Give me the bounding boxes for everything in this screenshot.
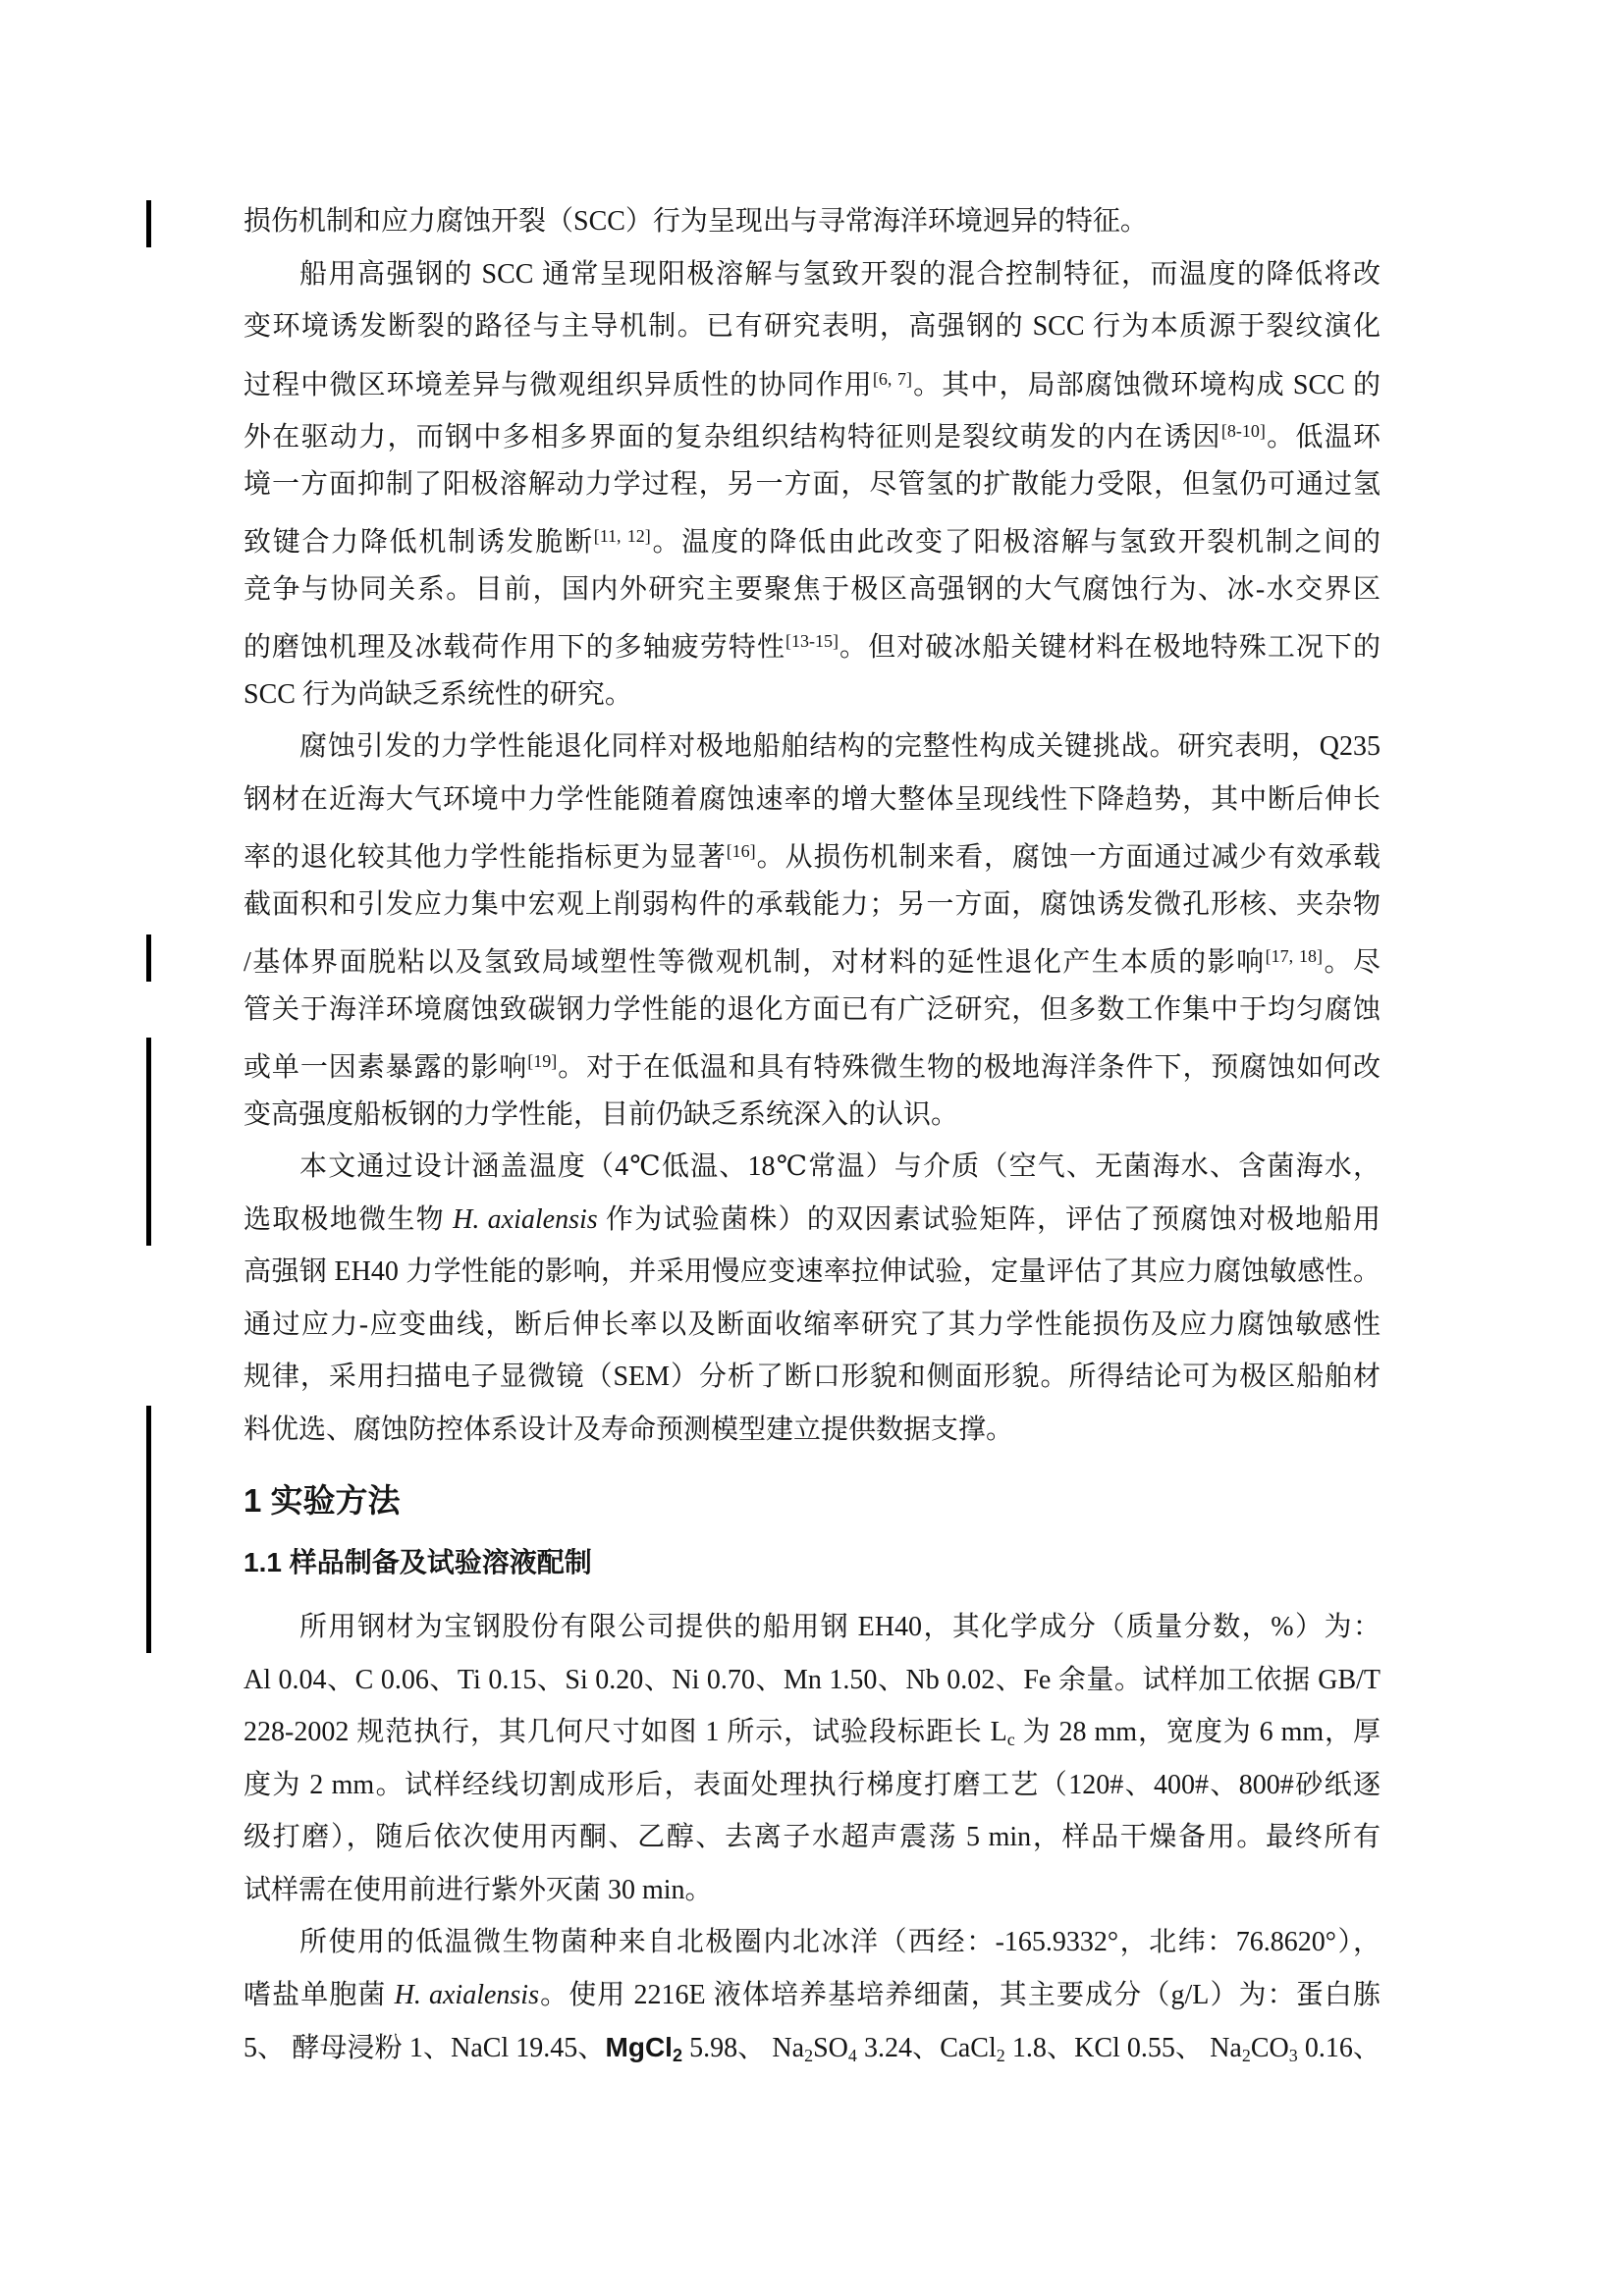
text-segment: 4	[848, 2046, 857, 2065]
revision-bar	[146, 1038, 151, 1246]
text-line: 腐蚀引发的力学性能退化同样对极地船舶结构的完整性构成关键挑战。研究表明，Q235	[244, 721, 1380, 774]
text-segment: 料优选、腐蚀防控体系设计及寿命预测模型建立提供数据支撑。	[244, 1415, 1013, 1445]
text-segment: SCC 行为尚缺乏系统性的研究。	[244, 679, 632, 710]
text-line: 选取极地微生物 H. axialensis 作为试验菌株）的双因素试验矩阵，评估…	[244, 1194, 1380, 1247]
text-segment: 3	[1289, 2046, 1298, 2065]
text-segment: 级打磨），随后依次使用丙酮、乙醇、去离子水超声震荡 5 min，样品干燥备用。最…	[244, 1822, 1380, 1852]
text-segment: 致键合力降低机制诱发脆断	[244, 527, 594, 558]
text-line: 的磨蚀机理及冰载荷作用下的多轴疲劳特性[13-15]。但对破冰船关键材料在极地特…	[244, 615, 1380, 668]
text-segment: 境一方面抑制了阳极溶解动力学过程，另一方面，尽管氢的扩散能力受限，但氢仍可通过氢	[244, 469, 1380, 500]
text-segment: 规律，采用扫描电子显微镜（SEM）分析了断口形貌和侧面形貌。所得结论可为极区船舶…	[244, 1362, 1380, 1392]
text-segment: 2	[1242, 2046, 1251, 2065]
text-segment: 2	[997, 2046, 1005, 2065]
text-line: 级打磨），随后依次使用丙酮、乙醇、去离子水超声震荡 5 min，样品干燥备用。最…	[244, 1811, 1380, 1864]
text-segment: 5、 酵母浸粉 1、NaCl 19.45、	[244, 2033, 606, 2063]
text-segment: 钢材在近海大气环境中力学性能随着腐蚀速率的增大整体呈现线性下降趋势，其中断后伸长	[244, 784, 1380, 815]
text-line: /基体界面脱粘以及氢致局域塑性等微观机制，对材料的延性退化产生本质的影响[17,…	[244, 931, 1380, 984]
text-line: 变高强度船板钢的力学性能，目前仍缺乏系统深入的认识。	[244, 1089, 1380, 1142]
text-segment: 3.24、CaCl	[857, 2033, 997, 2063]
text-line: 致键合力降低机制诱发脆断[11, 12]。温度的降低由此改变了阳极溶解与氢致开裂…	[244, 510, 1380, 563]
text-segment: SO	[813, 2033, 848, 2063]
text-segment: 的磨蚀机理及冰载荷作用下的多轴疲劳特性	[244, 632, 785, 663]
text-line: 钢材在近海大气环境中力学性能随着腐蚀速率的增大整体呈现线性下降趋势，其中断后伸长	[244, 774, 1380, 827]
text-segment: [16]	[727, 841, 756, 861]
text-segment: 管关于海洋环境腐蚀致碳钢力学性能的退化方面已有广泛研究，但多数工作集中于均匀腐蚀	[244, 994, 1380, 1025]
section-heading: 1 实验方法	[244, 1473, 1380, 1528]
text-line: 竞争与协同关系。目前，国内外研究主要聚焦于极区高强钢的大气腐蚀行为、冰-水交界区	[244, 563, 1380, 616]
text-line: 228-2002 规范执行，其几何尺寸如图 1 所示，试验段标距长 Lc 为 2…	[244, 1706, 1380, 1759]
text-segment: 所用钢材为宝钢股份有限公司提供的船用钢 EH40，其化学成分（质量分数，%）为：	[299, 1612, 1380, 1642]
text-segment: 2	[804, 2046, 813, 2065]
text-line: 船用高强钢的 SCC 通常呈现阳极溶解与氢致开裂的混合控制特征，而温度的降低将改	[244, 248, 1380, 301]
text-line: 高强钢 EH40 力学性能的影响，并采用慢应变速率拉伸试验，定量评估了其应力腐蚀…	[244, 1246, 1380, 1299]
text-line: SCC 行为尚缺乏系统性的研究。	[244, 668, 1380, 721]
text-segment: 为 28 mm，宽度为 6 mm，厚	[1015, 1717, 1380, 1747]
text-segment: 。使用 2216E 液体培养基培养细菌，其主要成分（g/L）为：蛋白胨	[539, 1980, 1380, 2010]
text-segment: 船用高强钢的 SCC 通常呈现阳极溶解与氢致开裂的混合控制特征，而温度的降低将改	[299, 259, 1380, 290]
text-line: 外在驱动力，而钢中多相多界面的复杂组织结构特征则是裂纹萌发的内在诱因[8-10]…	[244, 405, 1380, 458]
text-segment: H. axialensis	[453, 1204, 597, 1235]
text-segment: 228-2002 规范执行，其几何尺寸如图 1 所示，试验段标距长 L	[244, 1717, 1007, 1747]
text-segment: 过程中微区环境差异与微观组织异质性的协同作用	[244, 370, 873, 400]
text-line: 试样需在使用前进行紫外灭菌 30 min。	[244, 1864, 1380, 1917]
page: { "page": { "width": 1654, "height": 233…	[0, 0, 1624, 2296]
text-segment: 损伤机制和应力腐蚀开裂（SCC）行为呈现出与寻常海洋环境迥异的特征。	[244, 206, 1148, 237]
text-segment: 。其中，局部腐蚀微环境构成 SCC 的	[912, 370, 1380, 400]
text-segment: 度为 2 mm。试样经线切割成形后，表面处理执行梯度打磨工艺（120#、400#…	[244, 1770, 1380, 1800]
text-line: 率的退化较其他力学性能指标更为显著[16]。从损伤机制来看，腐蚀一方面通过减少有…	[244, 826, 1380, 879]
text-segment: 变高强度船板钢的力学性能，目前仍缺乏系统深入的认识。	[244, 1099, 958, 1130]
text-line: 过程中微区环境差异与微观组织异质性的协同作用[6, 7]。其中，局部腐蚀微环境构…	[244, 353, 1380, 406]
text-segment: 1.1 样品制备及试验溶液配制	[244, 1547, 592, 1577]
text-line: 所使用的低温微生物菌种来自北极圈内北冰洋（西经：-165.9332°，北纬：76…	[244, 1916, 1380, 1969]
revision-bar	[146, 934, 151, 982]
text-segment: 5.98、 Na	[682, 2033, 804, 2063]
text-segment: c	[1007, 1730, 1015, 1749]
text-line: 管关于海洋环境腐蚀致碳钢力学性能的退化方面已有广泛研究，但多数工作集中于均匀腐蚀	[244, 984, 1380, 1037]
text-line: 通过应力-应变曲线，断后伸长率以及断面收缩率研究了其力学性能损伤及应力腐蚀敏感性	[244, 1299, 1380, 1352]
text-line: 本文通过设计涵盖温度（4℃低温、18℃常温）与介质（空气、无菌海水、含菌海水，	[244, 1141, 1380, 1194]
text-segment: 。从损伤机制来看，腐蚀一方面通过减少有效承载	[756, 842, 1380, 873]
revision-bar	[146, 200, 151, 247]
text-segment: 0.16、	[1298, 2033, 1380, 2063]
text-segment: [11, 12]	[594, 526, 651, 546]
text-line: 5、 酵母浸粉 1、NaCl 19.45、MgCl2 5.98、 Na2SO4 …	[244, 2021, 1380, 2074]
text-segment: 本文通过设计涵盖温度（4℃低温、18℃常温）与介质（空气、无菌海水、含菌海水，	[299, 1151, 1380, 1182]
text-line: 度为 2 mm。试样经线切割成形后，表面处理执行梯度打磨工艺（120#、400#…	[244, 1759, 1380, 1812]
text-segment: 通过应力-应变曲线，断后伸长率以及断面收缩率研究了其力学性能损伤及应力腐蚀敏感性	[244, 1309, 1380, 1340]
text-segment: [6, 7]	[873, 369, 912, 389]
text-segment: 所使用的低温微生物菌种来自北极圈内北冰洋（西经：-165.9332°，北纬：76…	[299, 1927, 1380, 1957]
text-segment: 。温度的降低由此改变了阳极溶解与氢致开裂机制之间的	[651, 527, 1380, 558]
text-line: 截面积和引发应力集中宏观上削弱构件的承载能力；另一方面，腐蚀诱发微孔形核、夹杂物	[244, 879, 1380, 932]
text-segment: MgCl	[606, 2032, 673, 2062]
text-segment: 。尽	[1323, 947, 1380, 978]
text-segment: CO	[1251, 2033, 1289, 2063]
text-segment: [17, 18]	[1266, 946, 1323, 966]
text-segment: H. axialensis	[395, 1980, 539, 2010]
text-segment: 高强钢 EH40 力学性能的影响，并采用慢应变速率拉伸试验，定量评估了其应力腐蚀…	[244, 1256, 1380, 1287]
text-segment: 截面积和引发应力集中宏观上削弱构件的承载能力；另一方面，腐蚀诱发微孔形核、夹杂物	[244, 889, 1380, 920]
text-segment: 。但对破冰船关键材料在极地特殊工况下的	[839, 632, 1380, 663]
text-line: 料优选、腐蚀防控体系设计及寿命预测模型建立提供数据支撑。	[244, 1404, 1380, 1457]
text-segment: 嗜盐单胞菌	[244, 1980, 395, 2010]
text-segment: 。对于在低温和具有特殊微生物的极地海洋条件下，预腐蚀如何改	[557, 1052, 1380, 1083]
text-segment: [19]	[527, 1051, 557, 1071]
text-segment: 试样需在使用前进行紫外灭菌 30 min。	[244, 1875, 713, 1905]
text-line: 嗜盐单胞菌 H. axialensis。使用 2216E 液体培养基培养细菌，其…	[244, 1969, 1380, 2022]
text-line: 变环境诱发断裂的路径与主导机制。已有研究表明，高强钢的 SCC 行为本质源于裂纹…	[244, 300, 1380, 353]
text-segment: [13-15]	[785, 631, 839, 651]
text-line: Al 0.04、C 0.06、Ti 0.15、Si 0.20、Ni 0.70、M…	[244, 1654, 1380, 1707]
text-segment: 。低温环	[1266, 422, 1380, 453]
document-body: 损伤机制和应力腐蚀开裂（SCC）行为呈现出与寻常海洋环境迥异的特征。船用高强钢的…	[244, 195, 1380, 2074]
revision-bar	[146, 1406, 151, 1653]
subsection-heading: 1.1 样品制备及试验溶液配制	[244, 1538, 1380, 1587]
text-segment: 或单一因素暴露的影响	[244, 1052, 527, 1083]
text-segment: 1 实验方法	[244, 1482, 401, 1519]
text-segment: 外在驱动力，而钢中多相多界面的复杂组织结构特征则是裂纹萌发的内在诱因	[244, 422, 1221, 453]
text-segment: Al 0.04、C 0.06、Ti 0.15、Si 0.20、Ni 0.70、M…	[244, 1665, 1380, 1695]
text-segment: 竞争与协同关系。目前，国内外研究主要聚焦于极区高强钢的大气腐蚀行为、冰-水交界区	[244, 574, 1380, 605]
text-segment: 变环境诱发断裂的路径与主导机制。已有研究表明，高强钢的 SCC 行为本质源于裂纹…	[244, 311, 1380, 342]
text-segment: 1.8、KCl 0.55、 Na	[1005, 2033, 1242, 2063]
text-line: 损伤机制和应力腐蚀开裂（SCC）行为呈现出与寻常海洋环境迥异的特征。	[244, 195, 1380, 248]
text-segment: [8-10]	[1221, 421, 1266, 441]
text-segment: 率的退化较其他力学性能指标更为显著	[244, 842, 727, 873]
text-segment: 作为试验菌株）的双因素试验矩阵，评估了预腐蚀对极地船用	[598, 1204, 1380, 1235]
text-line: 境一方面抑制了阳极溶解动力学过程，另一方面，尽管氢的扩散能力受限，但氢仍可通过氢	[244, 458, 1380, 511]
text-line: 或单一因素暴露的影响[19]。对于在低温和具有特殊微生物的极地海洋条件下，预腐蚀…	[244, 1036, 1380, 1089]
text-segment: 腐蚀引发的力学性能退化同样对极地船舶结构的完整性构成关键挑战。研究表明，Q235	[299, 731, 1380, 762]
text-segment: /基体界面脱粘以及氢致局域塑性等微观机制，对材料的延性退化产生本质的影响	[244, 947, 1266, 978]
text-segment: 2	[673, 2046, 682, 2065]
text-segment: 选取极地微生物	[244, 1204, 453, 1235]
text-line: 所用钢材为宝钢股份有限公司提供的船用钢 EH40，其化学成分（质量分数，%）为：	[244, 1601, 1380, 1654]
text-line: 规律，采用扫描电子显微镜（SEM）分析了断口形貌和侧面形貌。所得结论可为极区船舶…	[244, 1351, 1380, 1404]
